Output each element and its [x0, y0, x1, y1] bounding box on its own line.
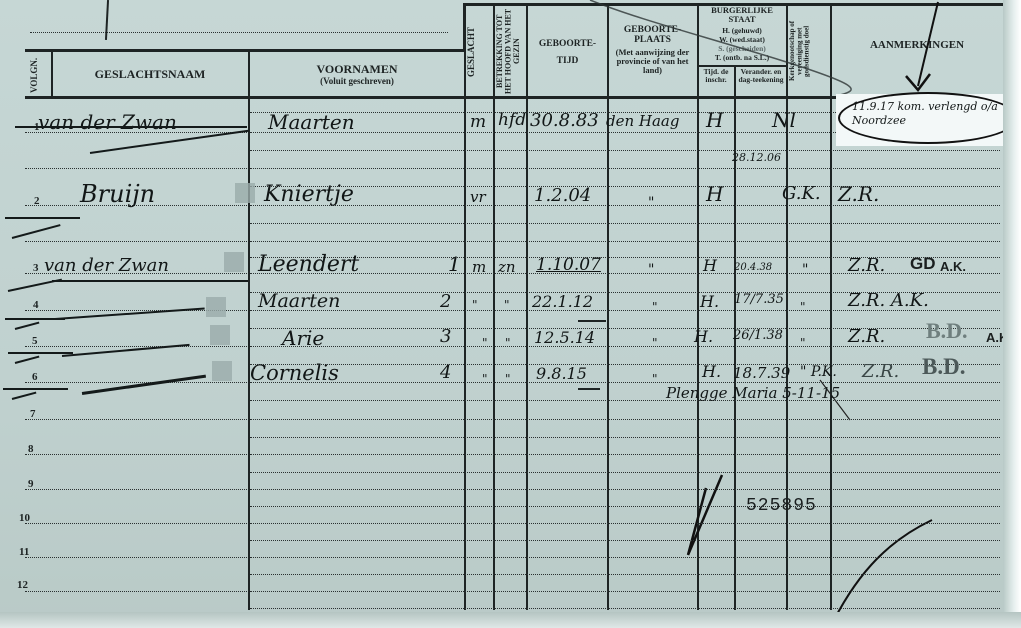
entry-1-church: Nl [772, 108, 796, 132]
entry-3-relation: zn [498, 258, 516, 276]
entry-2-birthplace: " [648, 195, 654, 211]
card-right-edge [1003, 0, 1021, 628]
entry-5-gender: " [482, 336, 488, 350]
entry-3-firstname: Leendert [258, 252, 359, 277]
entry-2-remarks: Z.R. [838, 182, 879, 206]
row-line [250, 241, 1000, 242]
row-line [250, 540, 1000, 541]
strike-row-2 [5, 217, 80, 219]
entry-6-stamp: B.D. [922, 354, 965, 380]
row-line-2b [25, 241, 247, 242]
entry-1-surname: van der Zwan [38, 110, 177, 134]
entry-1-relation: hfd [498, 110, 526, 130]
entry-5-child-number: 3 [440, 326, 451, 347]
row-line [250, 591, 1000, 592]
row-number-6: 6 [32, 371, 38, 383]
entry-6-civil-status: H. [702, 362, 721, 381]
row-line-12 [25, 591, 247, 592]
entry-5-birthdate: 12.5.14 [534, 328, 595, 347]
row-line [250, 257, 1000, 258]
card-bottom-edge [0, 612, 1021, 628]
row-line [250, 346, 1000, 347]
entry-1-birthplace: den Haag [606, 112, 679, 130]
entry-6-change-date: 18.7.39 [733, 364, 790, 382]
row-line [250, 506, 1000, 507]
entry-3-child-number: 1 [448, 252, 461, 276]
tax-stamp [224, 252, 244, 272]
row-line [250, 382, 1000, 383]
entry-2-surname: Bruijn [80, 180, 155, 208]
entry-6-gender: " [482, 372, 488, 386]
entry-5-remarks: Z.R. [848, 326, 885, 347]
underline-4 [578, 320, 606, 322]
row-number-4: 4 [33, 299, 39, 311]
entry-5-civil-status: H. [694, 327, 713, 346]
row-line-11 [25, 557, 247, 558]
row-line [250, 557, 1000, 558]
entry-4-birthplace: " [652, 300, 658, 314]
row-line-8 [25, 454, 247, 455]
entry-6-marriage-note: Plengge Maria 5-11-15 [666, 384, 840, 402]
row-line [250, 186, 1000, 187]
entry-4-relation: " [504, 298, 510, 312]
row-number-5: 5 [32, 335, 38, 347]
row-line [250, 489, 1000, 490]
row-line [250, 419, 1000, 420]
strike-row-5b [8, 352, 73, 354]
row-line [250, 472, 1000, 473]
row-line [250, 168, 1000, 169]
row-line-9 [25, 489, 247, 490]
row-line [250, 574, 1000, 575]
row-line [250, 454, 1000, 455]
entry-3-birthplace: " [648, 262, 654, 278]
row-line [250, 223, 1000, 224]
row-line [250, 205, 1000, 206]
row-line-7 [25, 419, 247, 420]
strike-row-6b [3, 388, 68, 390]
entry-3-change-date: 20.4.38 [734, 262, 772, 273]
entry-1-gender: m [470, 112, 486, 132]
entry-2-church: G.K. [782, 183, 821, 204]
entry-5-relation: " [505, 336, 511, 350]
entry-2-birthdate: 1.2.04 [534, 185, 591, 206]
row-number-10: 10 [19, 512, 30, 524]
row-line [250, 150, 1000, 151]
entry-3-stamp-ak: A.K. [940, 259, 966, 274]
entry-6-birthdate: 9.8.15 [536, 364, 587, 383]
row-line [250, 608, 1000, 609]
row-number-3: 3 [33, 262, 39, 274]
entry-3-birthdate: 1.10.07 [536, 255, 601, 275]
card-number: 525895 [746, 496, 817, 516]
entry-3-stamp: GD [910, 254, 936, 274]
tax-stamp [212, 361, 232, 381]
entry-4-child-number: 2 [440, 291, 451, 312]
tax-stamp [210, 325, 230, 345]
row-number-11: 11 [19, 546, 29, 558]
entry-2-civil-status: H [706, 182, 723, 206]
entry-3-surname: van der Zwan [44, 255, 169, 276]
entry-5-firstname: Arie [282, 326, 324, 350]
strike-row-1 [15, 126, 247, 128]
entry-5-stamp: B.D. [926, 318, 968, 344]
entry-5-change-date: 26/1.38 [733, 328, 783, 343]
entry-4-remarks: Z.R. A.K. [848, 290, 929, 311]
entry-3-civil-status: H [703, 256, 717, 275]
row-number-2: 2 [34, 195, 40, 207]
row-line [250, 523, 1000, 524]
row-line-10 [25, 523, 247, 524]
row-number-12: 12 [17, 579, 28, 591]
tax-stamp [206, 297, 226, 317]
entry-6-remarks: Z.R. [862, 361, 899, 382]
strike-row-4b [5, 318, 65, 320]
entry-3-gender: m [472, 258, 486, 276]
entry-3-remarks: Z.R. [848, 255, 885, 276]
entry-5-church: " [800, 336, 806, 350]
row-line-1b [25, 168, 247, 169]
entry-4-firstname: Maarten [258, 290, 340, 312]
row-line-5 [25, 346, 247, 347]
entry-4-change-date: 17/7.35 [734, 292, 784, 307]
registration-card: VOLGN. GESLACHTSNAAM VOORNAMEN (Voluit g… [0, 0, 1021, 628]
entry-1-firstname: Maarten [268, 110, 355, 134]
entry-5-birthplace: " [652, 336, 658, 350]
row-line [250, 273, 1000, 274]
entry-4-birthdate: 22.1.12 [532, 292, 593, 311]
row-number-9: 9 [28, 478, 34, 490]
entry-3-church: " [802, 262, 808, 278]
entry-6-child-number: 4 [440, 362, 451, 383]
entry-6-firstname: Cornelis [250, 361, 339, 385]
strike-row-3 [52, 280, 248, 282]
row-line-6 [25, 382, 247, 383]
entry-6-church: " P.K. [800, 364, 837, 380]
entry-4-church: " [800, 300, 806, 314]
entry-2-gender: vr [470, 188, 486, 206]
entry-2-firstname: Kniertje [264, 182, 354, 207]
tax-stamp [235, 183, 255, 203]
entry-6-relation: " [505, 372, 511, 386]
row-number-7: 7 [30, 408, 36, 420]
entry-6-birthplace: " [652, 372, 658, 386]
entry-1-civil-status: H [706, 108, 723, 132]
entry-4-civil-status: H. [700, 292, 719, 311]
entry-4-gender: " [472, 298, 478, 312]
row-line [250, 400, 1000, 401]
entry-1-birthdate: 30.8.83 [530, 110, 599, 131]
row-line [250, 437, 1000, 438]
underline-6 [578, 388, 600, 390]
entry-1-remarks: 11.9.17 kom. verlengd o/a Noordzee [852, 100, 1010, 129]
row-line [250, 328, 1000, 329]
row-number-8: 8 [28, 443, 34, 455]
entry-1-change-date: 28.12.06 [732, 151, 781, 164]
